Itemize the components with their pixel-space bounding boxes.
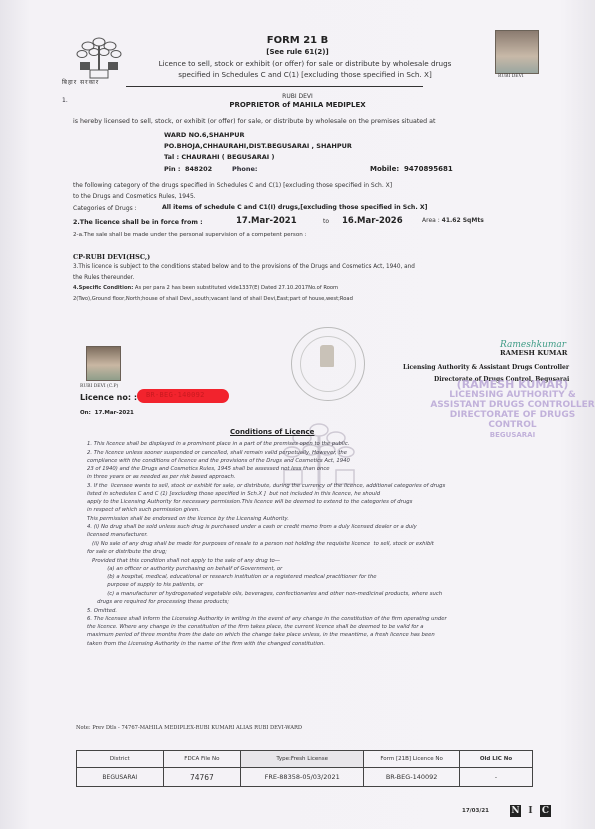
form-description: Licence to sell, stock or exhibit (or of… — [140, 58, 470, 80]
condition-line: compliance with the conditions of licenc… — [87, 458, 350, 464]
condition-line: 4. (i) No drug shall be sold unless such… — [87, 524, 417, 530]
nic-logo-n: N — [510, 805, 521, 817]
table-header-cell: Form [21B] Licence No — [364, 751, 460, 768]
table-cell-licence-no: BR-BEG-140092 — [364, 768, 460, 787]
authority-rubber-stamp: (RAMESH KUMAR) LICENSING AUTHORITY & ASS… — [430, 380, 595, 440]
licence-number-label: Licence no: : — [80, 393, 137, 402]
condition-line: drugs are required for processing these … — [87, 599, 229, 605]
condition-line: purpose of supply to his patients, or — [87, 582, 203, 588]
condition-line: taken from the Licensing Authority in th… — [87, 641, 325, 647]
valid-from-date: 17.Mar-2021 — [236, 216, 297, 226]
footer-date: 17/03/21 — [462, 808, 489, 814]
condition-line: in three years or as needed as per risk … — [87, 474, 236, 480]
condition-line: 23 of 1940) and the Drugs and Cosmetics … — [87, 466, 330, 472]
nic-logo-c: C — [540, 805, 551, 817]
table-cell-district: BEGUSARAI — [77, 768, 164, 787]
table-row: BEGUSARAI 74767 FRE-88358-05/03/2021 BR-… — [77, 768, 533, 787]
condition-line: This permission shall be endorsed on the… — [87, 516, 289, 522]
pin-field: Pin : 848202 — [164, 165, 212, 173]
condition-line: 3. If the licensee wants to sell, stock … — [87, 483, 445, 489]
emblem-caption: बिहार सरकार — [62, 78, 99, 86]
pin-value: 848202 — [185, 165, 212, 173]
conditions-title: Conditions of Licence — [230, 428, 314, 436]
table-cell-old-lic: - — [460, 768, 533, 787]
licence-summary-table: District FDCA File No Type:Fresh License… — [76, 750, 533, 787]
condition-line: in respect of which such permission give… — [87, 507, 200, 513]
clause-4-line-1: 4.Specific Condition: As per para 2 has … — [73, 285, 338, 291]
authority-title: Licensing Authority & Assistant Drugs Co… — [403, 364, 569, 371]
supervision-clause: 2-a.The sale shall be made under the per… — [73, 232, 306, 238]
condition-line: Provided that this condition shall not a… — [87, 558, 280, 564]
condition-line: listed in schedules C and C (1) [excludi… — [87, 491, 380, 497]
validity-to-label: to — [323, 218, 329, 225]
premises-intro: is hereby licensed to sell, stock, or ex… — [73, 118, 436, 125]
address-line-1: WARD NO.6,SHAHPUR — [164, 131, 245, 139]
mobile-field: Mobile: 9470895681 — [370, 165, 453, 173]
proprietor-line: PROPRIETOR of MAHILA MEDIPLEX — [0, 101, 595, 109]
table-header-cell: District — [77, 751, 164, 768]
licensee-name: RUBI DEVI — [0, 93, 595, 100]
condition-line: apply to the Licensing Authority for nec… — [87, 499, 412, 505]
condition-line: 1. This licence shall be displayed in a … — [87, 441, 349, 447]
categories-value: All items of schedule C and C1(I) drugs,… — [162, 204, 427, 211]
table-header-cell: Type:Fresh License — [241, 751, 364, 768]
area-field: Area : 41.62 SqMts — [422, 217, 484, 224]
clause-3-line-2: the Rules thereunder. — [73, 275, 134, 281]
competent-person: CP-RUBI DEVI(HSC,) — [73, 253, 150, 261]
table-cell-fdca-file: 74767 — [163, 768, 241, 787]
categories-label: Categories of Drugs : — [73, 205, 137, 212]
table-cell-type: FRE-88358-05/03/2021 — [241, 768, 364, 787]
condition-line: 5. Omitted. — [87, 608, 117, 614]
condition-line: (b) a hospital, medical, educational or … — [87, 574, 377, 580]
condition-line: (ii) No sale of any drug shall be made f… — [87, 541, 434, 547]
validity-label: 2.The licence shall be in force from : — [73, 219, 203, 226]
authority-name: RAMESH KUMAR — [500, 349, 567, 357]
nic-logo-i: I — [525, 805, 536, 817]
previous-details-note: Note: Prev Dtls - 74767-MAHILA MEDIPLEX-… — [76, 725, 302, 731]
licence-issue-date: On: 17.Mar-2021 — [80, 410, 134, 416]
mobile-value: 9470895681 — [404, 165, 453, 173]
competent-person-photo — [86, 346, 121, 381]
condition-line: for sale or distribute the drug; — [87, 549, 167, 555]
condition-line: 2. The licence unless sooner suspended o… — [87, 450, 347, 456]
area-value: 41.62 SqMts — [442, 217, 484, 224]
table-header-cell: FDCA File No — [163, 751, 241, 768]
national-emblem-icon — [320, 345, 334, 367]
condition-line: (c) a manufacturer of hydrogenated veget… — [87, 591, 442, 597]
condition-line: 6. The licensee shall inform the Licensi… — [87, 616, 447, 622]
condition-line: maximum period of three months from the … — [87, 632, 435, 638]
table-header-row: District FDCA File No Type:Fresh License… — [77, 751, 533, 768]
category-intro-1: the following category of the drugs spec… — [73, 182, 392, 189]
licensee-photo-caption: RUBI DEVI — [498, 74, 524, 79]
condition-line: licensed manufacturer. — [87, 532, 148, 538]
address-line-3: Tal : CHAURAHI ( BEGUSARAI ) — [164, 153, 274, 161]
condition-line: (a) an officer or authority purchasing o… — [87, 566, 282, 572]
phone-label: Phone: — [232, 165, 258, 173]
competent-person-photo-caption: RUBI DEVI (C.P) — [80, 384, 118, 389]
table-header-cell: Old LIC No — [460, 751, 533, 768]
form-rule: [See rule 61(2)] — [0, 48, 595, 56]
valid-to-date: 16.Mar-2026 — [342, 216, 403, 226]
form-title: FORM 21 B — [0, 35, 595, 46]
clause-4-line-2: 2(Two),Ground floor,North;house of shail… — [73, 296, 353, 302]
category-intro-2: to the Drugs and Cosmetics Rules, 1945. — [73, 193, 196, 200]
address-line-2: PO.BHOJA,CHHAURAHI,DIST.BEGUSARAI , SHAH… — [164, 142, 352, 150]
licence-number-value: BR-BEG-140092 — [146, 391, 205, 399]
header-divider — [126, 86, 423, 87]
condition-line: the licence. Where any change in the con… — [87, 624, 423, 630]
clause-3-line-1: 3.This licence is subject to the conditi… — [73, 264, 415, 270]
